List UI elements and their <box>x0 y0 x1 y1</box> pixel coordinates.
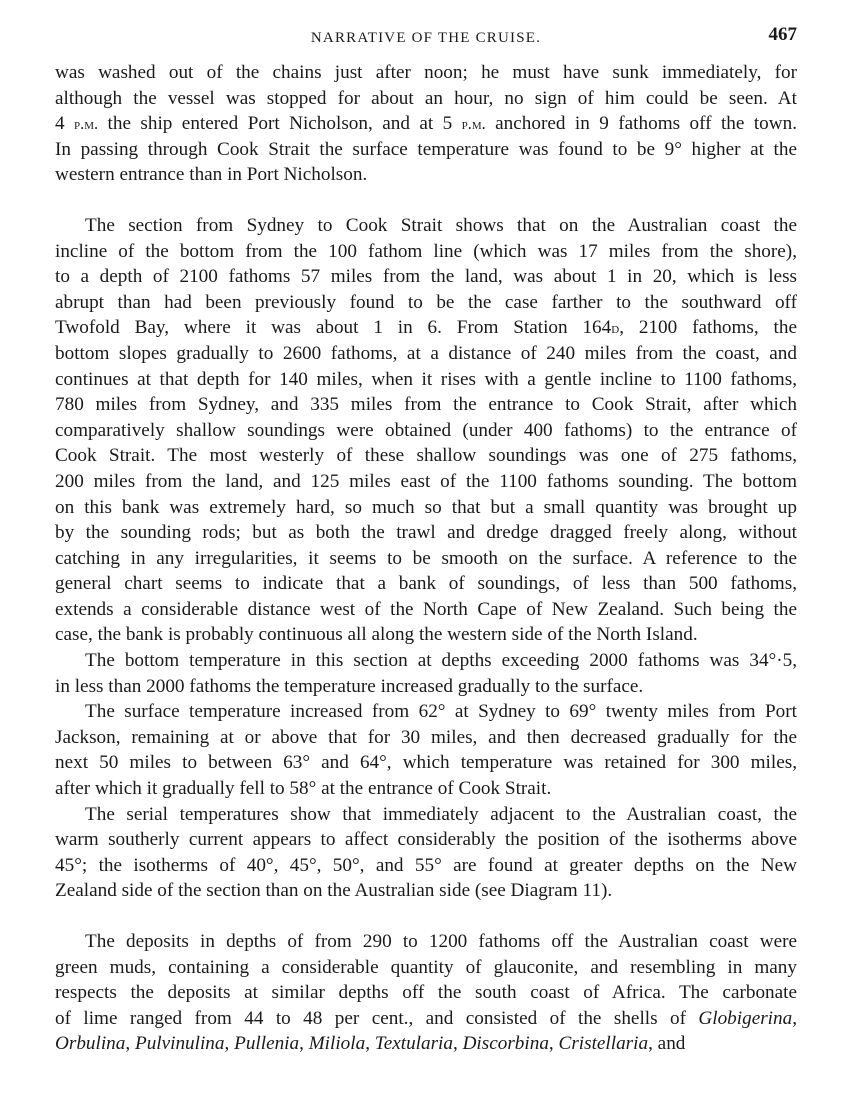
text-line: Orbulina, Pulvinulina, Pullenia, Miliola… <box>55 1031 797 1057</box>
text-line: 780 miles from Sydney, and 335 miles fro… <box>55 392 797 418</box>
text-line: warm southerly current appears to affect… <box>55 827 797 853</box>
time-abbrev: p.m. <box>74 114 98 133</box>
text-line: case, the bank is probably continuous al… <box>55 622 797 648</box>
taxon-name: Miliola <box>309 1033 366 1054</box>
text-line: extends a considerable distance west of … <box>55 597 797 623</box>
taxon-name: Globigerina <box>698 1008 792 1029</box>
station-suffix: d <box>611 318 619 337</box>
text-line: The surface temperature increased from 6… <box>55 699 797 725</box>
paragraph-p5: The serial temperatures show that immedi… <box>55 802 797 904</box>
text-line: western entrance than in Port Nicholson. <box>55 162 797 188</box>
paragraph-p6: The deposits in depths of from 290 to 12… <box>55 929 797 1057</box>
text-line: respects the deposits at similar depths … <box>55 980 797 1006</box>
paragraph-p2: The section from Sydney to Cook Strait s… <box>55 213 797 648</box>
text-line: Zealand side of the section than on the … <box>55 878 797 904</box>
text-line: Cook Strait. The most westerly of these … <box>55 443 797 469</box>
text-line: abrupt than had been previously found to… <box>55 290 797 316</box>
text-line: The bottom temperature in this section a… <box>55 648 797 674</box>
paragraph-gap <box>55 188 797 213</box>
body-text: was washed out of the chains just after … <box>55 60 797 1057</box>
text-line: The serial temperatures show that immedi… <box>55 802 797 828</box>
paragraph-p4: The surface temperature increased from 6… <box>55 699 797 801</box>
text-line: Twofold Bay, where it was about 1 in 6. … <box>55 315 797 341</box>
text-line: to a depth of 2100 fathoms 57 miles from… <box>55 264 797 290</box>
text-line: 4 p.m. the ship entered Port Nicholson, … <box>55 111 797 137</box>
text-line: The deposits in depths of from 290 to 12… <box>55 929 797 955</box>
text-line: Jackson, remaining at or above that for … <box>55 725 797 751</box>
paragraph-container: was washed out of the chains just after … <box>55 60 797 1057</box>
text-line: in less than 2000 fathoms the temperatur… <box>55 674 797 700</box>
running-head: Narrative of the Cruise. 467 <box>55 0 797 60</box>
text-line: In passing through Cook Strait the surfa… <box>55 137 797 163</box>
text-line: bottom slopes gradually to 2600 fathoms,… <box>55 341 797 367</box>
text-line: next 50 miles to between 63° and 64°, wh… <box>55 750 797 776</box>
paragraph-p3: The bottom temperature in this section a… <box>55 648 797 699</box>
paragraph-p1: was washed out of the chains just after … <box>55 60 797 188</box>
running-title: Narrative of the Cruise. <box>55 30 797 47</box>
text-line: by the sounding rods; but as both the tr… <box>55 520 797 546</box>
text-line: continues at that depth for 140 miles, w… <box>55 367 797 393</box>
time-abbrev: p.m. <box>462 114 486 133</box>
taxon-name: Cristellaria <box>559 1033 649 1054</box>
text-line: incline of the bottom from the 100 fatho… <box>55 239 797 265</box>
taxon-name: Orbulina <box>55 1033 125 1054</box>
taxon-name: Textularia <box>375 1033 453 1054</box>
text-line: although the vessel was stopped for abou… <box>55 86 797 112</box>
text-line: of lime ranged from 44 to 48 per cent., … <box>55 1006 797 1032</box>
text-line: was washed out of the chains just after … <box>55 60 797 86</box>
text-line: The section from Sydney to Cook Strait s… <box>55 213 797 239</box>
text-line: catching in any irregularities, it seems… <box>55 546 797 572</box>
text-line: green muds, containing a considerable qu… <box>55 955 797 981</box>
text-line: 45°; the isotherms of 40°, 45°, 50°, and… <box>55 853 797 879</box>
text-line: on this bank was extremely hard, so much… <box>55 495 797 521</box>
page-number: 467 <box>769 24 798 46</box>
taxon-name: Pulvinulina <box>135 1033 225 1054</box>
document-page: Narrative of the Cruise. 467 was washed … <box>55 0 797 1057</box>
text-line: general chart seems to indicate that a b… <box>55 571 797 597</box>
paragraph-gap <box>55 904 797 929</box>
taxon-name: Discorbina <box>463 1033 549 1054</box>
text-line: comparatively shallow soundings were obt… <box>55 418 797 444</box>
taxon-name: Pullenia <box>234 1033 299 1054</box>
text-line: 200 miles from the land, and 125 miles e… <box>55 469 797 495</box>
text-line: after which it gradually fell to 58° at … <box>55 776 797 802</box>
